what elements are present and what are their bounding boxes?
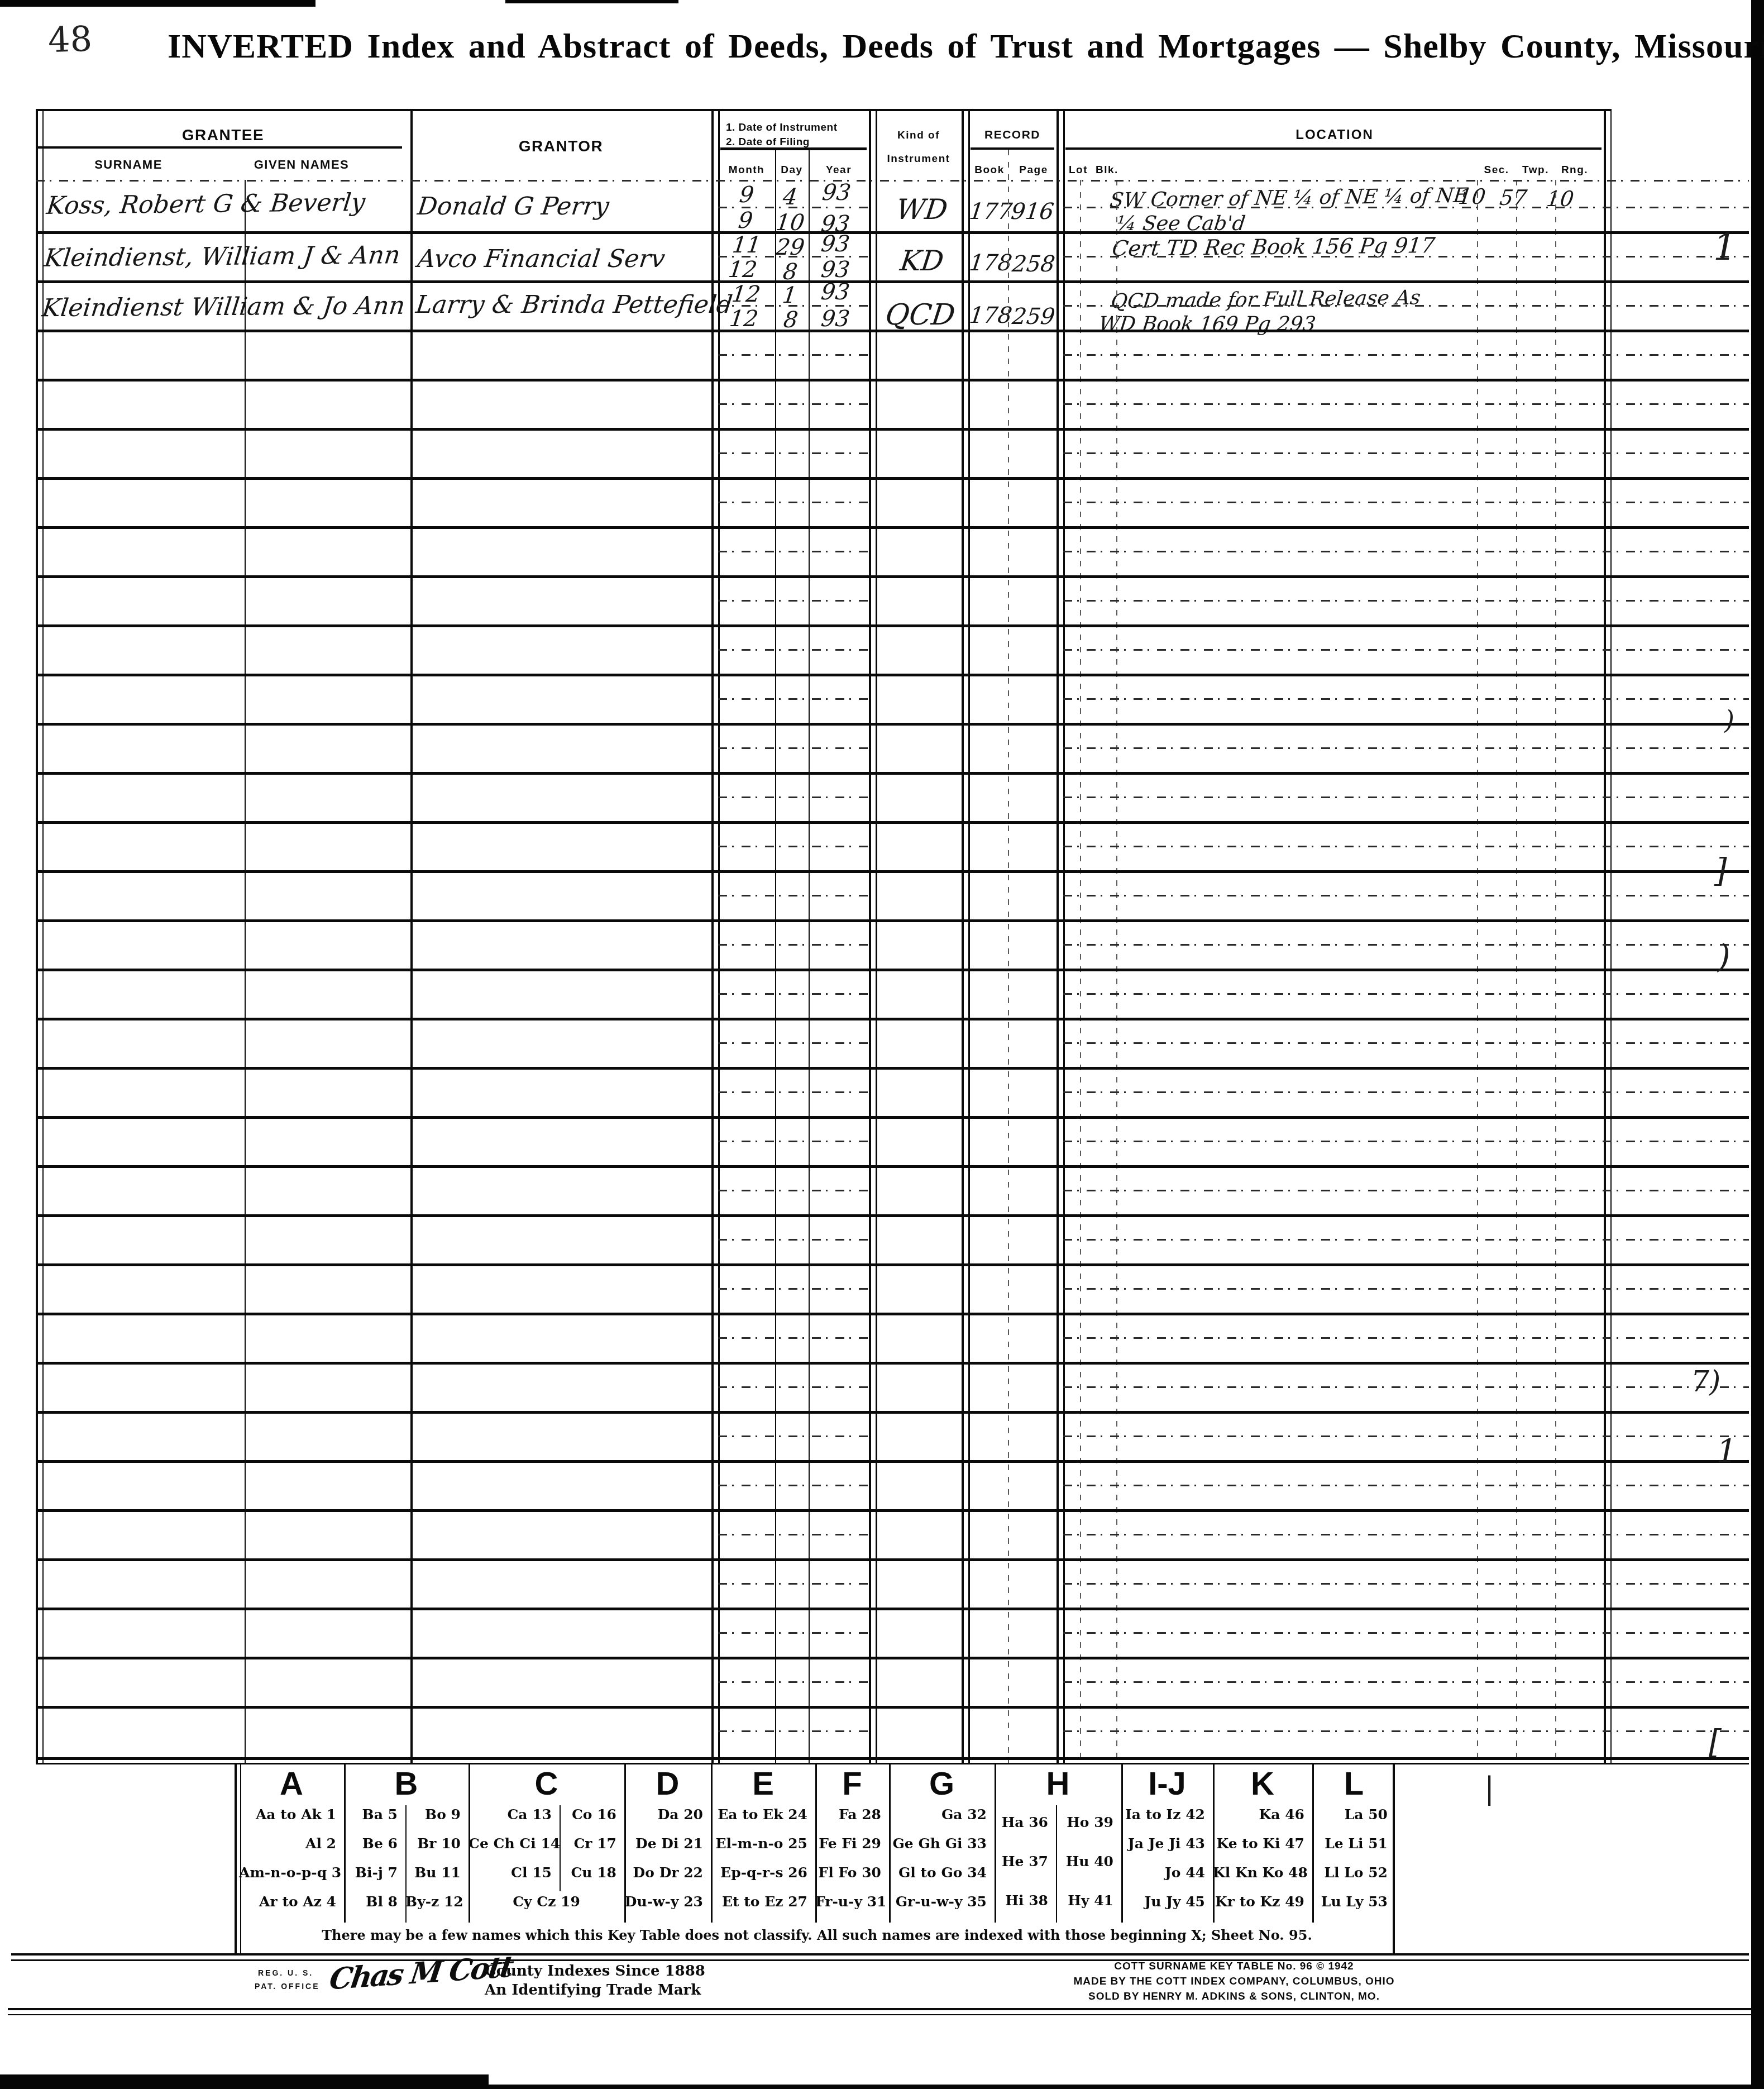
row-mid-dash — [1063, 1730, 1749, 1732]
row-mid-dash — [1063, 1091, 1749, 1093]
double-rule — [11, 1959, 1749, 1961]
row-mid-dash — [718, 1681, 869, 1683]
row-mid-dash — [718, 305, 869, 307]
key-table-cell: El-m-n-o 25 — [711, 1835, 807, 1852]
date-underline — [720, 147, 867, 150]
key-table-cell: Hi 38 — [995, 1892, 1048, 1909]
row-separator — [36, 1067, 1749, 1070]
key-table-letter: C — [469, 1765, 624, 1802]
key-table-cell: Ka 46 — [1213, 1806, 1304, 1823]
row-mid-dash — [718, 797, 869, 798]
key-table-cell: Kl Kn Ko 48 — [1213, 1864, 1304, 1881]
cott-credit-line2: MADE BY THE COTT INDEX COMPANY, COLUMBUS… — [1016, 1976, 1452, 1988]
row-separator — [36, 1608, 1749, 1610]
row-separator — [36, 1214, 1749, 1217]
column-border — [1057, 109, 1059, 1763]
key-table-cell: La 50 — [1312, 1806, 1388, 1823]
key-table-cell: Ce Ch Ci 14 — [469, 1835, 552, 1852]
key-table-cell: Ep-q-r-s 26 — [711, 1864, 807, 1881]
scan-edge-top-left — [0, 0, 315, 7]
month-day-divider — [775, 150, 776, 1763]
row-mid-dash — [1063, 1435, 1749, 1437]
header-kind-line2: Instrument — [876, 153, 962, 165]
column-border — [1604, 109, 1606, 1763]
row-mid-dash — [1063, 305, 1749, 307]
record-1-book: 177 — [968, 199, 1010, 225]
pen-mark: 1 — [1717, 1432, 1737, 1470]
key-table-cell: Ha 36 — [995, 1814, 1048, 1830]
row-mid-dash — [718, 1141, 869, 1142]
grantee-underline — [37, 146, 402, 149]
column-border — [1610, 109, 1612, 1763]
record-2-kind: KD — [879, 245, 964, 277]
header-date-line2: 2. Date of Filing — [726, 136, 810, 149]
row-separator — [36, 969, 1749, 971]
double-rule — [8, 2008, 1753, 2010]
header-grantee: GRANTEE — [36, 126, 410, 144]
record-underline — [971, 147, 1054, 150]
column-border — [410, 109, 413, 1763]
column-border — [876, 109, 877, 1763]
row-mid-dash — [718, 1091, 869, 1093]
location-underline — [1065, 147, 1602, 150]
record-3-grantor: Larry & Brinda Pettefield — [414, 290, 734, 319]
row-mid-dash — [1063, 1534, 1749, 1535]
pen-mark: 1 — [1713, 226, 1737, 269]
row-separator — [36, 1362, 1749, 1365]
key-table-cell: Ia to Iz 42 — [1121, 1806, 1205, 1823]
key-table-cell: Bl 8 — [344, 1894, 398, 1910]
row-mid-dash — [1063, 846, 1749, 847]
record-2-page: 258 — [1007, 251, 1060, 277]
record-3-filing-month: 12 — [716, 306, 772, 332]
key-table-cell: Cl 15 — [469, 1864, 552, 1881]
header-given-names: GIVEN NAMES — [229, 158, 374, 172]
row-separator — [36, 231, 1749, 234]
row-separator — [36, 1657, 1749, 1659]
key-table-cell: Do Dr 22 — [624, 1864, 703, 1881]
record-1-page: 916 — [1007, 199, 1058, 225]
scan-edge-bottom-left — [0, 2074, 489, 2089]
key-table-cell: Al 2 — [239, 1835, 336, 1852]
key-table-cell: Br 10 — [405, 1835, 461, 1852]
row-mid-dash — [1063, 944, 1749, 946]
row-separator — [36, 1558, 1749, 1561]
row-mid-dash — [1063, 1141, 1749, 1142]
row-separator — [36, 575, 1749, 578]
header-surname: SURNAME — [67, 158, 190, 172]
sec-divider — [1477, 180, 1478, 1763]
record-2-grantee: Kleindienst, William J & Ann — [43, 241, 402, 273]
row-mid-dash — [1063, 600, 1749, 602]
row-mid-dash — [718, 993, 869, 995]
key-table-letter: I-J — [1121, 1765, 1213, 1802]
key-table-cell: Be 6 — [344, 1835, 398, 1852]
header-day: Day — [775, 164, 809, 177]
column-border — [962, 109, 964, 1763]
row-mid-dash — [1063, 403, 1749, 405]
page-title: INVERTED Index and Abstract of Deeds, De… — [168, 27, 1452, 66]
row-mid-dash — [718, 1337, 869, 1339]
key-table-cell: Cy Cz 19 — [469, 1894, 624, 1910]
row-mid-dash — [718, 1534, 869, 1535]
page-number: 48 — [47, 18, 93, 61]
key-table-cell: Ba 5 — [344, 1806, 398, 1823]
table-top-border — [36, 109, 1612, 111]
header-record: RECORD — [968, 128, 1057, 142]
column-border — [711, 109, 714, 1763]
key-table-cell: Ge Gh Gi 33 — [889, 1835, 987, 1852]
cott-credit-line3: SOLD BY HENRY M. ADKINS & SONS, CLINTON,… — [1016, 1991, 1452, 2003]
row-separator — [36, 674, 1749, 676]
key-table-letter: L — [1312, 1765, 1395, 1802]
double-rule — [8, 2014, 1753, 2015]
key-table-cell: Ho 39 — [1056, 1814, 1113, 1830]
surname-given-divider — [245, 180, 246, 1763]
key-table-cell: Ke to Ki 47 — [1213, 1835, 1304, 1852]
row-separator — [36, 1411, 1749, 1414]
key-table-cell: Lu Ly 53 — [1312, 1894, 1388, 1910]
row-separator — [36, 428, 1749, 431]
key-table-cell: Gr-u-w-y 35 — [889, 1894, 987, 1910]
pen-mark: [ — [1709, 1723, 1722, 1761]
key-table-letter: H — [995, 1765, 1121, 1802]
header-kind-line1: Kind of — [876, 130, 962, 142]
header-location: LOCATION — [1063, 127, 1606, 143]
day-year-divider — [809, 150, 810, 1763]
row-mid-dash — [718, 747, 869, 749]
header-rng: Rng. — [1556, 164, 1594, 177]
reg-line2: PAT. OFFICE — [255, 1982, 319, 1991]
row-mid-dash — [718, 600, 869, 602]
double-rule — [11, 1953, 1749, 1956]
row-mid-dash — [718, 1239, 869, 1241]
key-table-cell: Ja Je Ji 43 — [1121, 1835, 1205, 1852]
pen-mark: ) — [1718, 937, 1730, 975]
header-book: Book — [968, 164, 1011, 177]
row-separator — [36, 870, 1749, 873]
record-1-instrument-month: 9 — [720, 182, 773, 208]
row-separator — [36, 772, 1749, 775]
row-mid-dash — [718, 895, 869, 896]
row-mid-dash — [1063, 207, 1749, 208]
row-separator — [36, 280, 1749, 283]
rng-divider — [1555, 180, 1556, 1763]
pen-mark: ] — [1714, 851, 1727, 889]
header-grantor: GRANTOR — [410, 137, 711, 155]
scan-edge-right — [1751, 0, 1764, 2089]
column-border — [1063, 109, 1065, 1763]
pen-mark: | — [1484, 1771, 1494, 1806]
row-mid-dash — [1063, 1485, 1749, 1486]
record-3-grantee: Kleindienst William & Jo Ann — [41, 292, 407, 323]
row-mid-dash — [718, 698, 869, 700]
header-twp: Twp. — [1517, 164, 1555, 177]
column-border — [36, 109, 38, 1763]
table-bottom-border — [36, 1763, 1749, 1764]
key-table-letter: G — [889, 1765, 995, 1802]
header-sec: Sec. — [1479, 164, 1514, 177]
record-3-kind: QCD — [873, 298, 967, 332]
tm-line2: An Identifying Trade Mark — [485, 1982, 701, 1999]
row-mid-dash — [1063, 649, 1749, 651]
column-border — [869, 109, 871, 1763]
record-1-instrument-year: 93 — [806, 180, 867, 206]
key-table-cell: Kr to Kz 49 — [1213, 1894, 1304, 1910]
key-table-cell: Ca 13 — [469, 1806, 552, 1823]
key-table-cell: De Di 21 — [624, 1835, 703, 1852]
row-separator — [36, 919, 1749, 922]
key-table-cell: Bu 11 — [405, 1864, 461, 1881]
key-table-cell: Hu 40 — [1056, 1853, 1113, 1869]
key-table-letter: A — [239, 1765, 344, 1802]
record-1-filing-month: 9 — [720, 208, 771, 233]
scan-edge-bottom — [489, 2085, 1764, 2089]
row-mid-dash — [1063, 1632, 1749, 1634]
header-month: Month — [718, 164, 775, 177]
table-bottom-border — [36, 1757, 1749, 1760]
column-border — [42, 109, 44, 1763]
row-mid-dash — [1063, 1583, 1749, 1585]
row-mid-dash — [718, 1583, 869, 1585]
row-mid-dash — [718, 649, 869, 651]
row-mid-dash — [1063, 502, 1749, 503]
row-mid-dash — [718, 1190, 869, 1191]
key-table-cell: Co 16 — [560, 1806, 616, 1823]
column-border — [718, 109, 720, 1763]
scan-edge-top-mid — [505, 0, 678, 3]
key-table-cell: Bo 9 — [405, 1806, 461, 1823]
key-table-letter: B — [344, 1765, 469, 1802]
record-2-grantor: Avco Financial Serv — [416, 245, 667, 273]
blk-divider — [1116, 180, 1117, 1763]
row-separator — [36, 1460, 1749, 1463]
row-mid-dash — [1063, 551, 1749, 552]
key-table-cell: Ar to Az 4 — [239, 1894, 336, 1910]
header-date-line1: 1. Date of Instrument — [726, 122, 837, 134]
row-mid-dash — [718, 1288, 869, 1290]
row-separator — [36, 1509, 1749, 1512]
record-1-grantee: Koss, Robert G & Beverly — [45, 188, 367, 220]
key-table-cell: Ea to Ek 24 — [711, 1806, 807, 1823]
key-table-cell: Ju Jy 45 — [1121, 1894, 1205, 1910]
row-mid-dash — [718, 1632, 869, 1634]
key-table-cell: Du-w-y 23 — [624, 1894, 703, 1910]
cott-credit-line1: COTT SURNAME KEY TABLE No. 96 © 1942 — [1016, 1961, 1452, 1973]
key-table-cell: Ll Lo 52 — [1312, 1864, 1388, 1881]
row-mid-dash — [718, 944, 869, 946]
twp-divider — [1516, 180, 1517, 1763]
key-table-footnote: There may be a few names which this Key … — [240, 1927, 1394, 1943]
row-mid-dash — [1063, 1681, 1749, 1683]
row-separator — [36, 477, 1749, 480]
key-table-letter: E — [711, 1765, 815, 1802]
row-separator — [36, 1313, 1749, 1315]
key-table-cell: Bi-j 7 — [344, 1864, 398, 1881]
key-table-cell: Am-n-o-p-q 3 — [239, 1864, 336, 1881]
key-table-letter: K — [1213, 1765, 1312, 1802]
row-mid-dash — [718, 403, 869, 405]
key-table-cell: Cu 18 — [560, 1864, 616, 1881]
record-1-grantor: Donald G Perry — [416, 192, 611, 221]
row-mid-dash — [718, 452, 869, 454]
key-table-cell: Gl to Go 34 — [889, 1864, 987, 1881]
row-separator — [36, 330, 1749, 332]
key-table-cell: Le Li 51 — [1312, 1835, 1388, 1852]
row-separator — [36, 1165, 1749, 1168]
row-mid-dash — [718, 502, 869, 503]
row-mid-dash — [1063, 354, 1749, 356]
row-mid-dash — [718, 1386, 869, 1388]
key-table-left-border — [235, 1763, 237, 1955]
record-2-instrument-year: 93 — [806, 231, 865, 257]
header-blk: Blk. — [1096, 164, 1118, 177]
key-table-letter: D — [624, 1765, 711, 1802]
row-mid-dash — [1063, 895, 1749, 896]
key-table-cell: Fa 28 — [815, 1806, 881, 1823]
row-separator — [36, 821, 1749, 824]
record-1-sec: 10 — [1454, 184, 1490, 209]
book-page-divider — [1008, 150, 1009, 1763]
scanned-ledger-page: 48 INVERTED Index and Abstract of Deeds,… — [0, 0, 1764, 2089]
record-2-filing-month: 12 — [716, 257, 769, 283]
row-mid-dash — [1063, 1386, 1749, 1388]
row-separator — [36, 1706, 1749, 1709]
header-lot: Lot — [1069, 164, 1088, 177]
record-3-book: 178 — [968, 303, 1011, 328]
pen-mark: 7) — [1691, 1365, 1720, 1399]
row-separator — [36, 526, 1749, 529]
record-3-instrument-month: 12 — [718, 282, 775, 307]
column-border — [968, 109, 970, 1763]
key-table-cell: Jo 44 — [1121, 1864, 1205, 1881]
pen-mark: ) — [1724, 705, 1734, 735]
reg-line1: REG. U. S. — [258, 1968, 313, 1977]
row-separator — [36, 1018, 1749, 1020]
key-table-cell: By-z 12 — [405, 1894, 461, 1910]
row-separator — [36, 379, 1749, 381]
header-year: Year — [809, 164, 869, 177]
row-separator — [36, 723, 1749, 726]
key-table-cell: Cr 17 — [560, 1835, 616, 1852]
row-mid-dash — [718, 1042, 869, 1044]
row-mid-dash — [1063, 747, 1749, 749]
row-mid-dash — [718, 256, 869, 257]
row-mid-dash — [1063, 1288, 1749, 1290]
key-table-cell: Da 20 — [624, 1806, 703, 1823]
row-mid-dash — [718, 1730, 869, 1732]
header-page: Page — [1011, 164, 1057, 177]
row-mid-dash — [1063, 1239, 1749, 1241]
key-table-cell: Aa to Ak 1 — [239, 1806, 336, 1823]
row-mid-dash — [718, 846, 869, 847]
key-table-cell: Ga 32 — [889, 1806, 987, 1823]
row-separator — [36, 624, 1749, 627]
row-mid-dash — [1063, 1337, 1749, 1339]
row-separator — [36, 1116, 1749, 1119]
key-table-cell: Fr-u-y 31 — [815, 1894, 881, 1910]
row-mid-dash — [718, 207, 869, 208]
row-mid-dash — [718, 1485, 869, 1486]
key-table-cell: Fl Fo 30 — [815, 1864, 881, 1881]
row-mid-dash — [718, 354, 869, 356]
row-mid-dash — [1063, 993, 1749, 995]
key-table-cell: Fe Fi 29 — [815, 1835, 881, 1852]
tm-line1: County Indexes Since 1888 — [485, 1963, 705, 1980]
record-2-book: 178 — [968, 250, 1011, 276]
row-mid-dash — [1063, 1042, 1749, 1044]
row-top-dash — [36, 180, 1749, 182]
row-separator — [36, 1263, 1749, 1266]
row-mid-dash — [1063, 1190, 1749, 1191]
lot-divider — [1080, 180, 1081, 1763]
row-mid-dash — [1063, 797, 1749, 798]
row-mid-dash — [1063, 256, 1749, 257]
row-mid-dash — [1063, 452, 1749, 454]
row-mid-dash — [1063, 698, 1749, 700]
record-1-kind: WD — [879, 193, 964, 226]
record-3-page: 259 — [1007, 304, 1060, 330]
key-table-cell: Hy 41 — [1056, 1892, 1113, 1909]
key-table-letter: F — [815, 1765, 889, 1802]
row-mid-dash — [718, 551, 869, 552]
record-3-location-line1: QCD made for Full Release As — [1110, 287, 1422, 313]
key-table-cell: He 37 — [995, 1853, 1048, 1869]
row-mid-dash — [718, 1435, 869, 1437]
key-table-cell: Et to Ez 27 — [711, 1894, 807, 1910]
record-3-filing-year: 93 — [805, 306, 866, 332]
